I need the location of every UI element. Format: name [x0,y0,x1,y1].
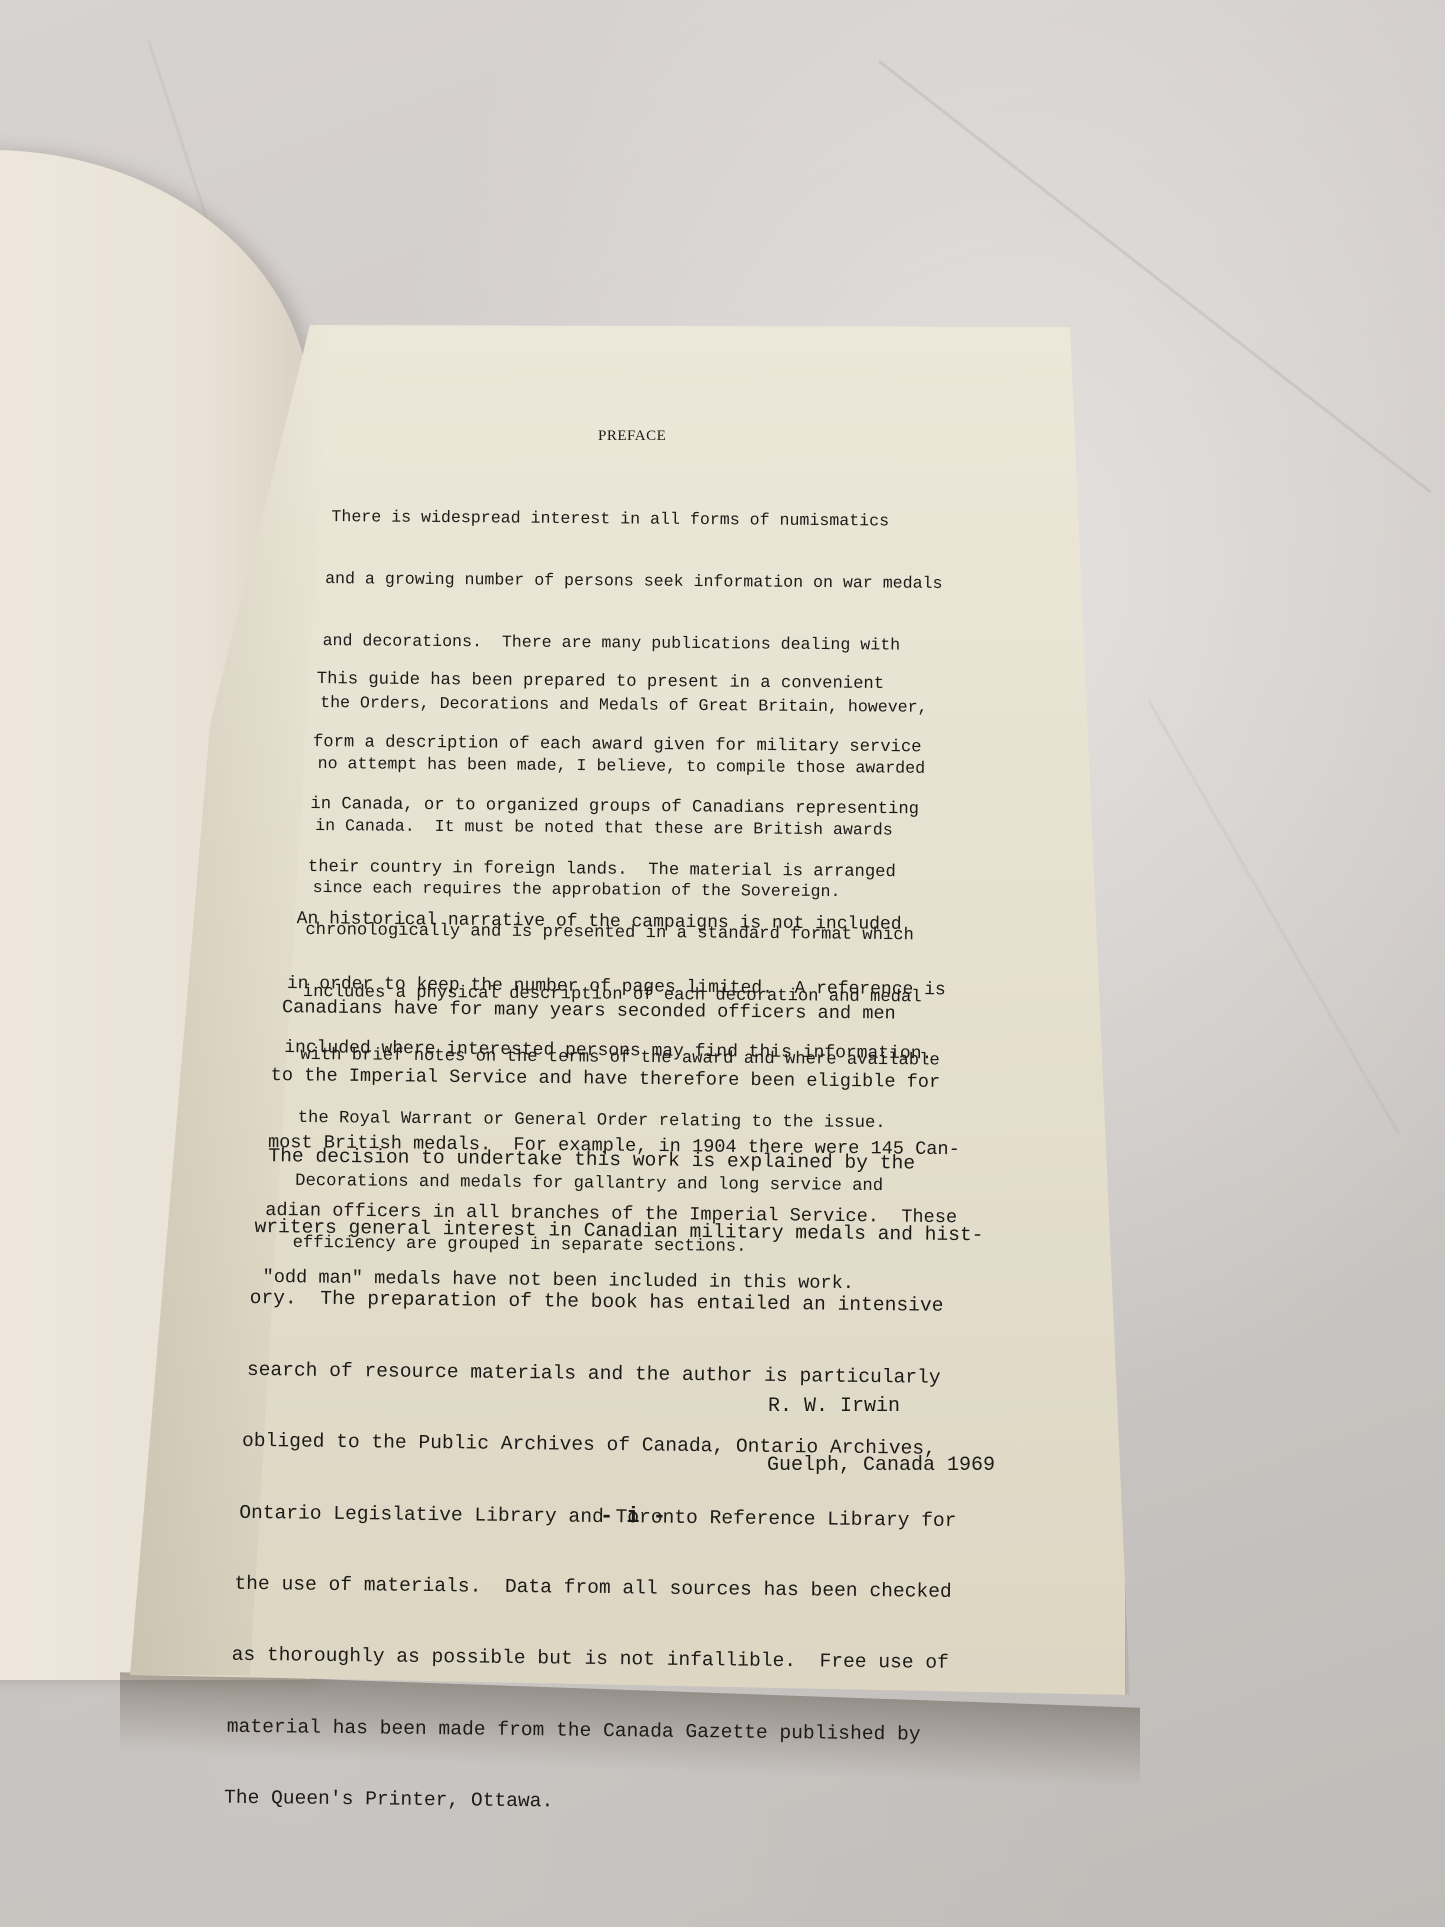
paragraph-5: The decision to undertake this work is e… [247,1097,985,1867]
text-line: This guide has been prepared to present … [275,670,943,697]
text-line: writers general interest in Canadian mil… [254,1216,983,1248]
author-signature: R. W. Irwin [768,1396,900,1417]
text-line: The decision to undertake this work is e… [221,1144,984,1176]
text-line: form a description of each award given f… [313,733,943,759]
place-date: Guelph, Canada 1969 [767,1455,995,1476]
page-text: PREFACE There is widespread interest in … [0,0,1445,1927]
text-line: and a growing number of persons seek inf… [325,569,943,594]
text-line: ory. The preparation of the book has ent… [250,1287,983,1319]
page-number: - i - [600,1506,666,1527]
text-line: to the Imperial Service and have therefo… [271,1064,961,1094]
text-line: Canadians have for many years seconded o… [237,997,961,1027]
text-line: search of resource materials and the aut… [247,1359,982,1391]
text-line: as thoroughly as possible but is not inf… [232,1644,979,1676]
text-line: material has been made from the Canada G… [227,1715,978,1747]
text-line: the use of materials. Data from all sour… [234,1573,979,1605]
page-title: PREFACE [598,426,666,447]
text-line: There is widespread interest in all form… [292,507,944,533]
text-line: The Queen's Printer, Ottawa. [224,1787,977,1819]
text-line: in Canada, or to organized groups of Can… [310,795,942,821]
text-line: An historical narrative of the campaigns… [253,909,946,937]
